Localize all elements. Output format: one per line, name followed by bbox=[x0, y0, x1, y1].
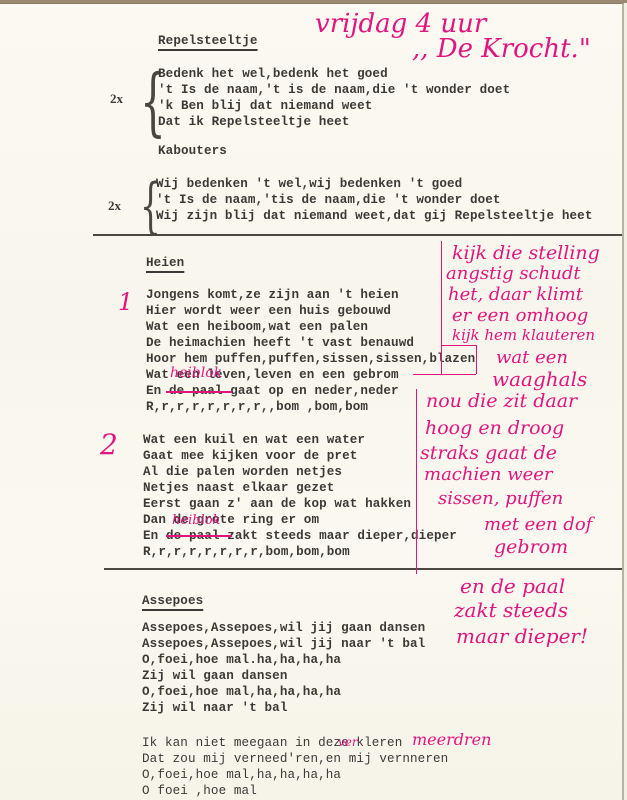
margin-note-line: kijk die stelling bbox=[452, 244, 600, 263]
handwritten-insert: heiblok bbox=[170, 366, 222, 380]
lyric-line: Eerst gaan z' aan de kop wat hakken bbox=[143, 496, 411, 512]
lyric-line: O,foei,hoe mal,ha,ha,ha,ha bbox=[142, 767, 341, 783]
lyric-line: Al die palen worden netjes bbox=[143, 464, 342, 480]
lyric-line: Jongens komt,ze zijn aan 't heien bbox=[146, 287, 399, 303]
lyric-line: Bedenk het wel,bedenk het goed bbox=[158, 66, 388, 82]
section-divider bbox=[104, 568, 622, 570]
section-title-heien: Heien bbox=[146, 255, 184, 271]
margin-note-line: met een dof bbox=[484, 516, 592, 534]
lyric-line: R,r,r,r,r,r,r,r,bom,bom,bom bbox=[143, 544, 350, 560]
margin-box-line bbox=[413, 374, 476, 375]
margin-note-line: kijk hem klauteren bbox=[452, 328, 595, 343]
margin-note-line: maar dieper! bbox=[456, 626, 588, 646]
repeat-marker: 2x bbox=[108, 198, 121, 214]
margin-note-line: er een omhoog bbox=[452, 307, 588, 325]
section-divider bbox=[93, 234, 622, 236]
margin-box-line bbox=[476, 345, 477, 374]
lyric-line: R,r,r,r,r,r,r,r,,bom ,bom,bom bbox=[146, 399, 368, 415]
lyric-line: 't Is de naam,'t is de naam,die 't wonde… bbox=[158, 82, 510, 98]
section-title-assepoes: Assepoes bbox=[142, 593, 203, 609]
lyric-line: O,foei,hoe mal,ha,ha,ha,ha bbox=[142, 684, 341, 700]
margin-note-line: machien weer bbox=[424, 466, 553, 484]
lyric-line: Wat een heiboom,wat een palen bbox=[146, 319, 368, 335]
handwritten-header-line-2: ,, De Krocht." bbox=[412, 36, 591, 62]
handwritten-insert: meerdren bbox=[412, 732, 491, 748]
margin-note-line: straks gaat de bbox=[420, 444, 557, 463]
lyric-line: Dat ik Repelsteeltje heet bbox=[158, 114, 349, 130]
repeat-marker: 2x bbox=[110, 91, 123, 107]
margin-note-line: angstig schudt bbox=[446, 265, 581, 283]
lyric-line: Ik kan niet meegaan in deze kleren bbox=[142, 735, 402, 751]
lyric-line: Wij bedenken 't wel,wij bedenken 't goed bbox=[156, 176, 462, 192]
margin-note-line: waaghals bbox=[492, 369, 587, 389]
lyric-line: Zij wil naar 't bal bbox=[142, 700, 288, 716]
margin-note-line: nou die zit daar bbox=[426, 392, 577, 411]
lyric-line: Wat een kuil en wat een water bbox=[143, 432, 365, 448]
lyric-line: O,foei,hoe mal.ha,ha,ha,ha bbox=[142, 652, 341, 668]
lyric-line: Hier wordt weer een huis gebouwd bbox=[146, 303, 391, 319]
verse-number-handwritten: 2 bbox=[100, 431, 118, 459]
paper-sheet: Repelsteeltje 2x { Bedenk het wel,bedenk… bbox=[0, 3, 624, 800]
margin-note-line: wat een bbox=[496, 349, 568, 367]
lyric-line: Assepoes,Assepoes,wil jij naar 't bal bbox=[142, 636, 425, 652]
lyric-line: 'k Ben blij dat niemand weet bbox=[158, 98, 372, 114]
margin-note-line: en de paal bbox=[460, 576, 565, 596]
lyric-line: Assepoes,Assepoes,wil jij gaan dansen bbox=[142, 620, 425, 636]
lyric-line: De heimachien heeft 't vast benauwd bbox=[146, 335, 414, 351]
lyric-line: Wij zijn blij dat niemand weet,dat gij R… bbox=[156, 208, 592, 224]
lyric-line: 't Is de naam,'tis de naam,die 't wonder… bbox=[156, 192, 501, 208]
lyric-line: Gaat mee kijken voor de pret bbox=[143, 448, 357, 464]
section-title-kabouters: Kabouters bbox=[158, 143, 227, 159]
margin-box-line bbox=[441, 345, 476, 346]
lyric-line: Netjes naast elkaar gezet bbox=[143, 480, 334, 496]
margin-note-line: zakt steeds bbox=[454, 600, 568, 620]
margin-bracket-line bbox=[416, 389, 417, 574]
margin-note-line: het, daar klimt bbox=[448, 286, 583, 304]
strikethrough bbox=[166, 535, 232, 537]
margin-note-line: gebrom bbox=[494, 538, 568, 557]
verse-number-handwritten: 1 bbox=[118, 290, 133, 314]
lyric-line: Zij wil gaan dansen bbox=[142, 668, 288, 684]
handwritten-insert: heiblok bbox=[172, 514, 220, 527]
margin-note-line: sissen, puffen bbox=[438, 490, 563, 508]
strikethrough bbox=[166, 391, 232, 393]
section-title-repelsteeltje: Repelsteeltje bbox=[158, 33, 258, 49]
margin-note-line: hoog en droog bbox=[425, 419, 564, 438]
lyric-line: O foei ,hoe mal bbox=[142, 783, 257, 799]
margin-box-line bbox=[441, 241, 442, 374]
lyric-line: Dat zou mij verneed'ren,en mij vernneren bbox=[142, 751, 448, 767]
lyric-line: Dan de grote ring er om bbox=[143, 512, 319, 528]
handwritten-insert: ver bbox=[338, 736, 358, 748]
